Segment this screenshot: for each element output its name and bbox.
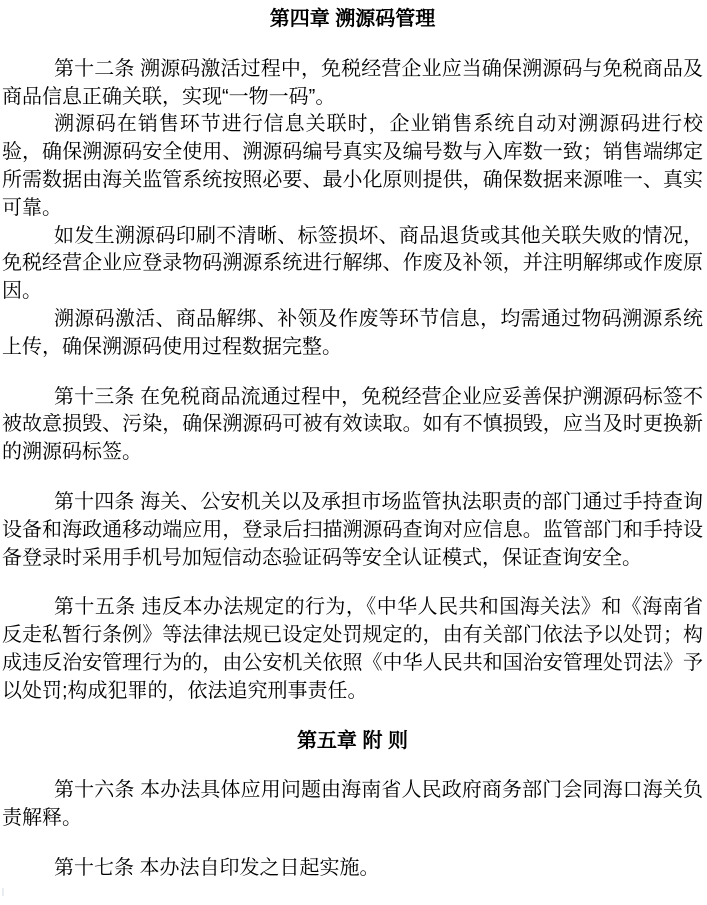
paragraph-sales-verification: 溯源码在销售环节进行信息关联时，企业销售系统自动对溯源码进行校验，确保溯源码安全…: [2, 111, 703, 222]
paragraph-unbind-invalidate: 如发生溯源码印刷不清晰、标签损坏、商品退货或其他关联失败的情况，免税经营企业应登…: [2, 223, 703, 306]
article-14-paragraph: 第十四条 海关、公安机关以及承担市场监管执法职责的部门通过手持查询设备和海政通移…: [2, 489, 703, 572]
chapter-5-heading: 第五章 附 则: [2, 728, 703, 756]
page-edge-artifact: [2, 888, 4, 896]
article-16-paragraph: 第十六条 本办法具体应用问题由海南省人民政府商务部门会同海口海关负责解释。: [2, 777, 703, 833]
article-13-paragraph: 第十三条 在免税商品流通过程中，免税经营企业应妥善保护溯源码标签不被故意损毁、污…: [2, 384, 703, 467]
article-17-paragraph: 第十七条 本办法自印发之日起实施。: [2, 855, 703, 883]
chapter-4-heading: 第四章 溯源码管理: [2, 6, 703, 34]
document-page: 第四章 溯源码管理 第十二条 溯源码激活过程中，免税经营企业应当确保溯源码与免税…: [0, 0, 707, 883]
paragraph-data-upload: 溯源码激活、商品解绑、补领及作废等环节信息，均需通过物码溯源系统上传，确保溯源码…: [2, 306, 703, 362]
article-15-paragraph: 第十五条 违反本办法规定的行为，《中华人民共和国海关法》和《海南省反走私暂行条例…: [2, 594, 703, 705]
article-12-paragraph: 第十二条 溯源码激活过程中，免税经营企业应当确保溯源码与免税商品及商品信息正确关…: [2, 56, 703, 112]
